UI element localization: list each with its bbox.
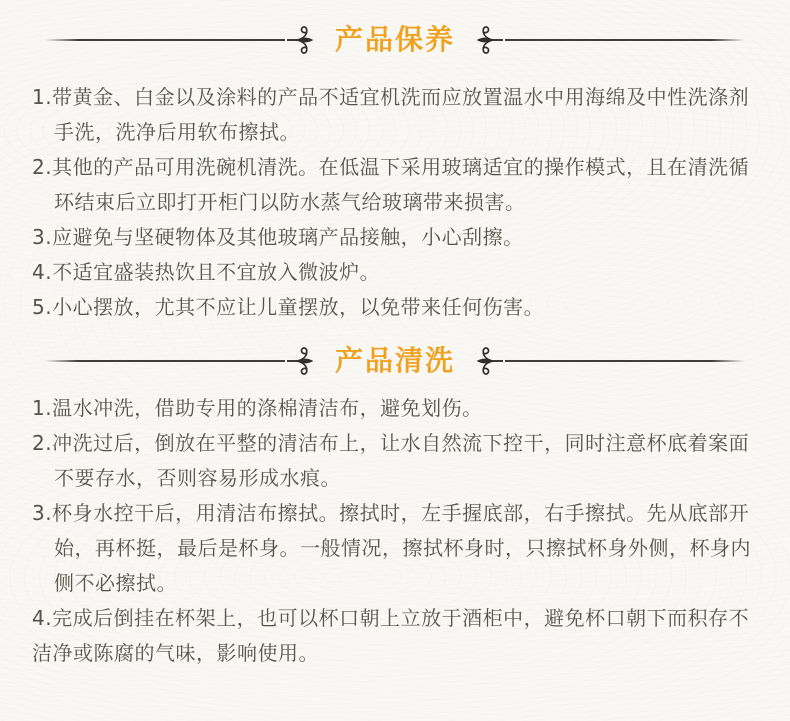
section-divider-cleaning: 产品清洗: [0, 331, 790, 391]
flourish-icon: [471, 22, 503, 58]
flourish-icon: [287, 22, 319, 58]
care-item-1-line-1: 1.带黄金、白金以及涂料的产品不适宜机洗而应放置温水中用海绵及中性洗涤剂: [32, 80, 760, 115]
section-title-care: 产品保养: [335, 26, 455, 54]
care-item-3: 3.应避免与坚硬物体及其他玻璃产品接触，小心刮擦。: [32, 220, 760, 255]
divider-line-right: [505, 360, 745, 362]
care-instructions-list: 1.带黄金、白金以及涂料的产品不适宜机洗而应放置温水中用海绵及中性洗涤剂 手洗，…: [0, 80, 790, 325]
care-item-4: 4.不适宜盛装热饮且不宜放入微波炉。: [32, 255, 760, 290]
cleaning-item-3-line-1: 3.杯身水控干后，用清洁布擦拭。擦拭时，左手握底部，右手擦拭。先从底部开: [32, 496, 760, 531]
cleaning-item-4-line-2: 洁净或陈腐的气味，影响使用。: [32, 636, 760, 671]
section-divider-care: 产品保养: [0, 0, 790, 80]
divider-line-left: [45, 39, 285, 41]
cleaning-item-2-line-2: 不要存水，否则容易形成水痕。: [32, 461, 760, 496]
cleaning-instructions-list: 1.温水冲洗，借助专用的涤棉清洁布，避免划伤。 2.冲洗过后，倒放在平整的清洁布…: [0, 391, 790, 671]
cleaning-item-2-line-1: 2.冲洗过后，倒放在平整的清洁布上，让水自然流下控干，同时注意杯底着案面: [32, 426, 760, 461]
care-item-1-line-2: 手洗，洗净后用软布擦拭。: [32, 115, 760, 150]
flourish-icon: [471, 343, 503, 379]
divider-line-right: [505, 39, 745, 41]
cleaning-item-3-line-2: 始，再杯挺，最后是杯身。一般情况，擦拭杯身时，只擦拭杯身外侧，杯身内: [32, 531, 760, 566]
product-care-panel: 产品保养 1.带黄金、白金以及涂料的产品不适宜机洗而应放置温水中用海绵及中性洗涤…: [0, 0, 790, 721]
cleaning-item-4-line-1: 4.完成后倒挂在杯架上，也可以杯口朝上立放于酒柜中，避免杯口朝下而积存不: [32, 601, 760, 636]
care-item-2-line-2: 环结束后立即打开柜门以防水蒸气给玻璃带来损害。: [32, 185, 760, 220]
care-item-2-line-1: 2.其他的产品可用洗碗机清洗。在低温下采用玻璃适宜的操作模式，且在清洗循: [32, 150, 760, 185]
care-item-5: 5.小心摆放，尤其不应让儿童摆放，以免带来任何伤害。: [32, 290, 760, 325]
cleaning-item-1: 1.温水冲洗，借助专用的涤棉清洁布，避免划伤。: [32, 391, 760, 426]
divider-line-left: [45, 360, 285, 362]
cleaning-item-3-line-3: 侧不必擦拭。: [32, 566, 760, 601]
section-title-cleaning: 产品清洗: [335, 347, 455, 375]
flourish-icon: [287, 343, 319, 379]
